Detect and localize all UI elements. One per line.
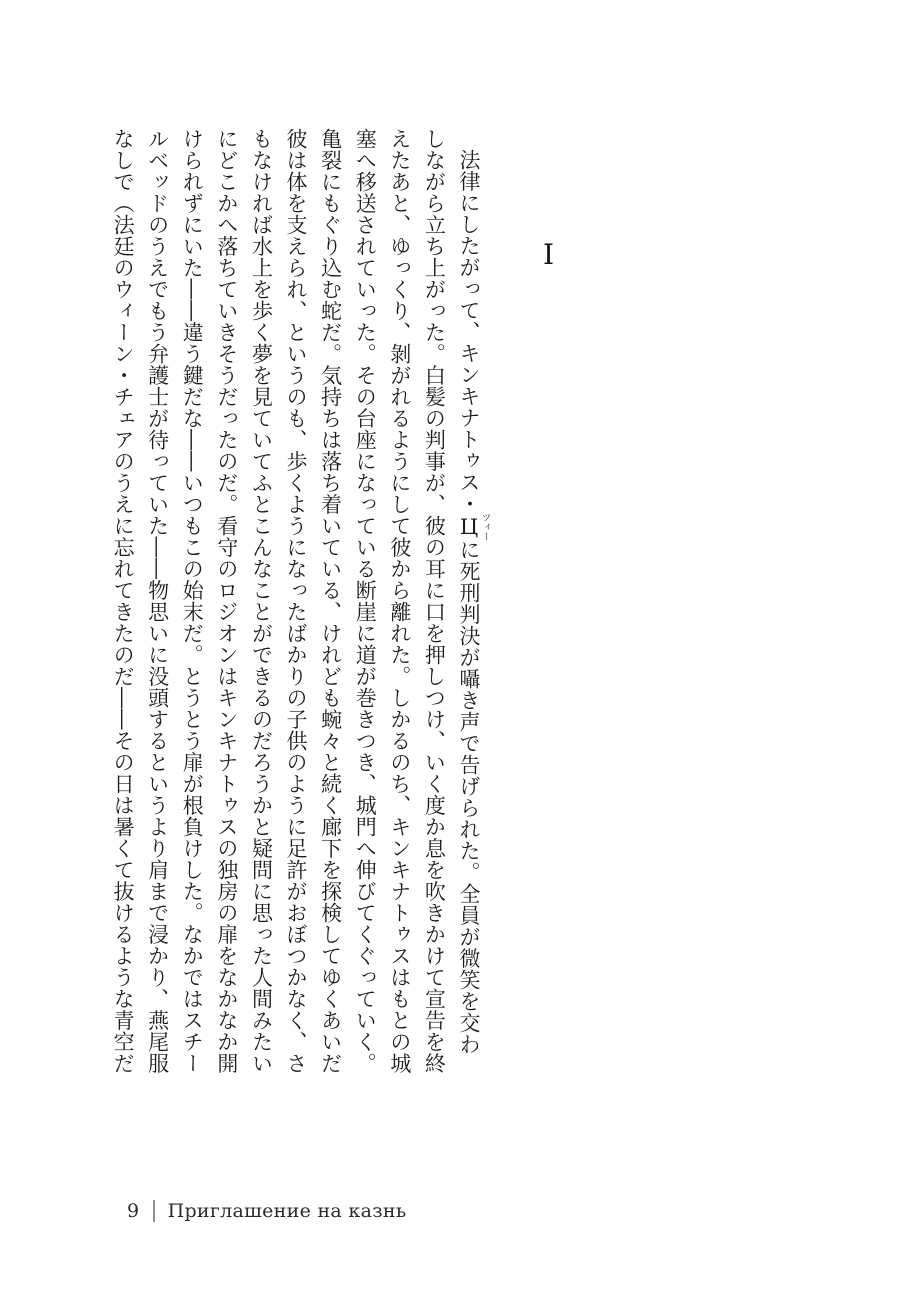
- body-text-vertical: 法律にしたがって、キンキナトゥス・Цツィーに死刑判決が囁き声で告げられた。全員が…: [105, 128, 490, 1076]
- ruby-furigana-text: ツィー: [480, 513, 491, 542]
- chapter-number: I: [543, 241, 554, 269]
- text-before-ruby: 法律にしたがって、キンキナトゥス・: [457, 149, 481, 515]
- running-title: Приглашение на казнь: [168, 1200, 407, 1222]
- footer-divider-rule: [153, 1200, 155, 1222]
- book-page: I 法律にしたがって、キンキナトゥス・Цツィーに死刑判決が囁き声で告げられた。全…: [0, 0, 900, 1306]
- ruby-base-character: Ц: [457, 513, 481, 542]
- paragraph: 法律にしたがって、キンキナトゥス・Цツィーに死刑判決が囁き声で告げられた。全員が…: [105, 128, 490, 1076]
- ruby-annotated-character: Цツィー: [457, 515, 481, 540]
- page-number: 9: [127, 1200, 139, 1222]
- text-after-ruby: に死刑判決が囁き声で告げられた。全員が微笑を交わしながら立ち上がった。白髪の判事…: [111, 128, 481, 1074]
- page-footer: 9 Приглашение на казнь: [127, 1198, 406, 1224]
